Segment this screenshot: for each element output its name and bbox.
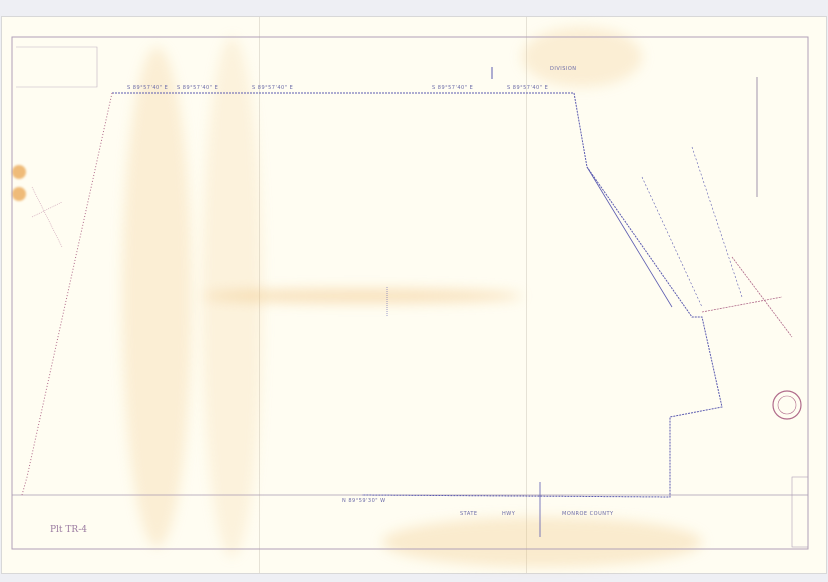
bearing-label: S 89°57'40" E (507, 85, 548, 91)
corner-note: Plt TR-4 (50, 525, 87, 535)
bearing-label: S 89°57'40" E (177, 85, 218, 91)
division-label: DIVISION (550, 66, 577, 72)
road-label: MONROE COUNTY (562, 511, 614, 517)
bearing-label: S 89°57'40" E (432, 85, 473, 91)
plat-drawing (2, 17, 826, 573)
bearing-label: S 89°57'40" E (252, 85, 293, 91)
bearing-label: N 89°59'30" W (342, 498, 386, 504)
plat-sheet: S 89°57'40" E S 89°57'40" E S 89°57'40" … (2, 17, 826, 573)
bearing-label: S 89°57'40" E (127, 85, 168, 91)
road-label: STATE (460, 511, 478, 517)
road-label: HWY (502, 511, 515, 517)
